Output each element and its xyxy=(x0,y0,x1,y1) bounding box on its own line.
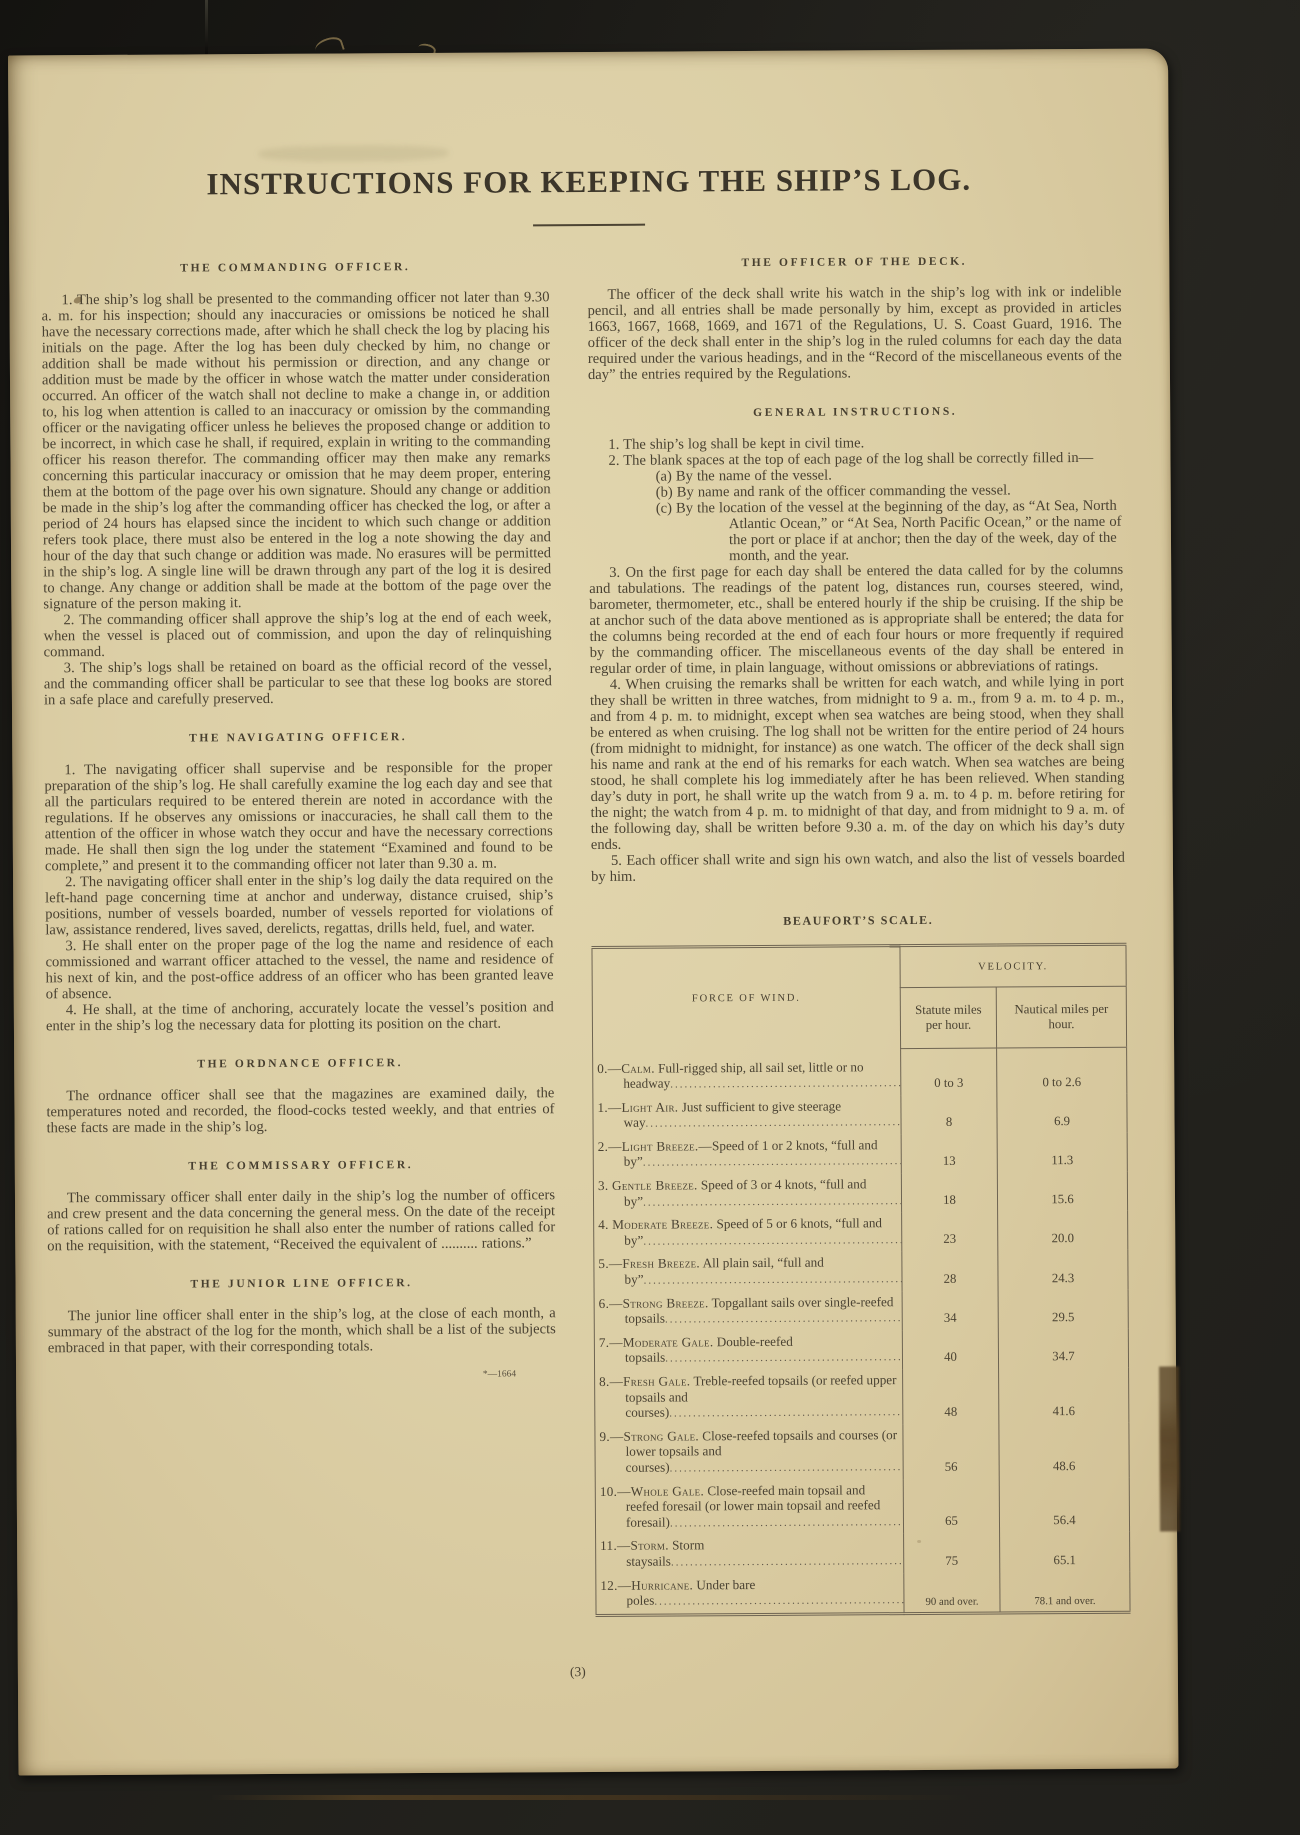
table-row: 5.—Fresh Breeze. All plain sail, “full a… xyxy=(594,1250,1128,1292)
paragraph: 3. On the first page for each day shall … xyxy=(589,562,1124,677)
force-description: 7.—Moderate Gale. Double-reefed topsails xyxy=(594,1330,902,1371)
paragraph: 2. The commanding officer shall approve … xyxy=(43,609,551,660)
force-label: 2.—Light Breeze.— xyxy=(598,1138,712,1154)
column-header-nautical-miles: Nautical miles per hour. xyxy=(996,986,1126,1048)
force-description: 2.—Light Breeze.—Speed of 1 or 2 knots, … xyxy=(593,1134,901,1175)
paragraph: 3. The ship’s logs shall be retained on … xyxy=(44,657,552,708)
force-label: 10.—Whole Gale. xyxy=(600,1483,704,1499)
paper-edge-stain xyxy=(1159,1366,1180,1531)
force-label: 8.—Fresh Gale. xyxy=(599,1373,690,1389)
nautical-value: 11.3 xyxy=(997,1133,1127,1173)
column-header-force-of-wind: FORCE OF WIND. xyxy=(592,946,901,1051)
book-edge-streak xyxy=(210,1795,970,1800)
table-row: 10.—Whole Gale. Close-reefed main topsai… xyxy=(595,1477,1129,1535)
leader-dots xyxy=(654,1589,904,1607)
section-heading-navigating-officer: THE NAVIGATING OFFICER. xyxy=(44,730,552,745)
force-description: 0.—Calm. Full-rigged ship, all sail set,… xyxy=(593,1049,901,1097)
beaufort-scale-table: FORCE OF WIND. VELOCITY. Statute miles p… xyxy=(591,943,1130,1617)
statute-value: 28 xyxy=(902,1251,998,1291)
table-row: 1.—Light Air. Just sufficient to give st… xyxy=(593,1093,1127,1135)
table-row: 2.—Light Breeze.—Speed of 1 or 2 knots, … xyxy=(593,1133,1127,1175)
force-label: 0.—Calm. xyxy=(597,1060,655,1075)
force-label: 5.—Fresh Breeze. xyxy=(598,1256,700,1272)
table-row: 12.—Hurricane. Under bare poles 90 and o… xyxy=(596,1571,1130,1615)
page-number: (3) xyxy=(513,1664,643,1681)
statute-value: 23 xyxy=(902,1212,998,1252)
table-row: 0.—Calm. Full-rigged ship, all sail set,… xyxy=(593,1047,1127,1096)
table-row: 8.—Fresh Gale. Treble-reefed topsails (o… xyxy=(595,1368,1129,1426)
table-row: 9.—Strong Gale. Close-reefed topsails an… xyxy=(595,1423,1129,1481)
force-label: 12.—Hurricane. xyxy=(600,1577,693,1593)
leader-dots xyxy=(671,1550,904,1568)
paragraph: The commissary officer shall enter daily… xyxy=(47,1187,555,1254)
nautical-value: 0 to 2.6 xyxy=(997,1047,1127,1094)
statute-value: 8 xyxy=(901,1094,997,1134)
leader-dots xyxy=(665,1346,902,1364)
leader-dots xyxy=(643,1190,902,1208)
statute-value: 56 xyxy=(903,1423,999,1478)
paragraph: The junior line officer shall enter in t… xyxy=(48,1305,556,1356)
nautical-value: 24.3 xyxy=(998,1250,1128,1290)
force-label: 11.—Storm. xyxy=(600,1538,669,1553)
force-description: 3. Gentle Breeze. Speed of 3 or 4 knots,… xyxy=(593,1173,901,1214)
leader-dots xyxy=(669,1401,903,1419)
leader-dots xyxy=(670,1456,904,1474)
statute-value: 75 xyxy=(904,1533,1000,1573)
statute-value: 48 xyxy=(903,1369,999,1424)
leader-dots xyxy=(665,1307,902,1325)
force-description: 4. Moderate Breeze. Speed of 5 or 6 knot… xyxy=(594,1212,902,1253)
lettered-item-c: (c) By the location of the vessel at the… xyxy=(589,498,1123,565)
ink-bleedthrough-smudge xyxy=(259,145,449,162)
leader-dots xyxy=(643,1151,902,1169)
section-heading-officer-of-the-deck: THE OFFICER OF THE DECK. xyxy=(587,255,1121,270)
leader-dots xyxy=(645,1111,901,1129)
nautical-value: 34.7 xyxy=(998,1329,1128,1369)
statute-value: 40 xyxy=(902,1329,998,1369)
table-row: 3. Gentle Breeze. Speed of 3 or 4 knots,… xyxy=(593,1172,1127,1214)
nautical-value: 15.6 xyxy=(997,1172,1127,1212)
force-description: 12.—Hurricane. Under bare poles xyxy=(596,1573,904,1616)
paragraph: 1. The ship’s log shall be presented to … xyxy=(41,289,551,612)
paragraph: 3. He shall enter on the proper page of … xyxy=(45,935,553,1002)
log-book-page: INSTRUCTIONS FOR KEEPING THE SHIP’S LOG.… xyxy=(8,48,1178,1775)
page-title: INSTRUCTIONS FOR KEEPING THE SHIP’S LOG. xyxy=(39,161,1139,204)
paragraph: 4. When cruising the remarks shall be wr… xyxy=(590,674,1125,853)
force-label: 1.—Light Air. xyxy=(597,1099,678,1114)
column-header-statute-miles: Statute miles per hour. xyxy=(900,987,996,1049)
statute-value: 13 xyxy=(901,1133,997,1173)
nautical-value: 29.5 xyxy=(998,1289,1128,1329)
table-row: 11.—Storm. Storm staysails 75 65.1 xyxy=(596,1532,1130,1574)
table-header-row: FORCE OF WIND. VELOCITY. xyxy=(592,944,1126,989)
scanned-book-photo: { "page_title": "INSTRUCTIONS FOR KEEPIN… xyxy=(0,0,1300,1835)
nautical-value: 78.1 and over. xyxy=(1000,1571,1130,1612)
printer-signature-mark: *—1664 xyxy=(48,1369,556,1382)
section-heading-junior-line-officer: THE JUNIOR LINE OFFICER. xyxy=(47,1276,555,1291)
force-description: 11.—Storm. Storm staysails xyxy=(596,1533,904,1574)
force-description: 9.—Strong Gale. Close-reefed topsails an… xyxy=(595,1424,903,1481)
statute-value: 0 to 3 xyxy=(901,1048,997,1095)
force-description: 6.—Strong Breeze. Topgallant sails over … xyxy=(594,1291,902,1332)
paragraph: The ordnance officer shall see that the … xyxy=(46,1085,554,1136)
section-heading-general-instructions: GENERAL INSTRUCTIONS. xyxy=(588,405,1122,420)
statute-value: 18 xyxy=(901,1173,997,1213)
force-description: 10.—Whole Gale. Close-reefed main topsai… xyxy=(595,1479,903,1536)
force-label: 9.—Strong Gale. xyxy=(599,1428,699,1444)
leader-dots xyxy=(670,1511,904,1529)
leader-dots xyxy=(643,1268,902,1286)
paragraph: The officer of the deck shall write his … xyxy=(587,284,1122,383)
nautical-value: 41.6 xyxy=(999,1368,1129,1424)
force-description: 8.—Fresh Gale. Treble-reefed topsails (o… xyxy=(595,1369,903,1426)
beaufort-scale-heading: BEAUFORT’S SCALE. xyxy=(591,912,1125,930)
force-label: 3. Gentle Breeze. xyxy=(598,1177,698,1193)
leader-dots xyxy=(670,1072,901,1090)
nautical-value: 20.0 xyxy=(998,1211,1128,1251)
force-description: 5.—Fresh Breeze. All plain sail, “full a… xyxy=(594,1252,902,1293)
nautical-value: 65.1 xyxy=(1000,1532,1130,1572)
section-heading-commanding-officer: THE COMMANDING OFFICER. xyxy=(41,260,549,275)
section-heading-ordnance-officer: THE ORDNANCE OFFICER. xyxy=(46,1056,554,1071)
statute-value: 65 xyxy=(903,1478,999,1533)
force-label: 6.—Strong Breeze. xyxy=(599,1295,709,1311)
table-row: 6.—Strong Breeze. Topgallant sails over … xyxy=(594,1289,1128,1331)
nautical-value: 48.6 xyxy=(999,1423,1129,1479)
right-column: THE OFFICER OF THE DECK. The officer of … xyxy=(587,251,1129,1617)
force-label: 4. Moderate Breeze. xyxy=(598,1217,713,1233)
table-row: 7.—Moderate Gale. Double-reefed topsails… xyxy=(594,1329,1128,1371)
section-heading-commissary-officer: THE COMMISSARY OFFICER. xyxy=(47,1158,555,1173)
book-binding-seam xyxy=(205,0,208,54)
title-rule xyxy=(533,224,645,227)
statute-value: 90 and over. xyxy=(904,1572,1000,1613)
paragraph: 1. The navigating officer shall supervis… xyxy=(44,759,553,874)
leader-dots xyxy=(643,1229,902,1247)
force-label: 7.—Moderate Gale. xyxy=(599,1334,714,1350)
paragraph: 2. The blank spaces at the top of each p… xyxy=(588,450,1122,469)
column-header-velocity: VELOCITY. xyxy=(900,944,1126,987)
left-column: THE COMMANDING OFFICER. 1. The ship’s lo… xyxy=(41,256,556,1382)
paragraph: 4. He shall, at the time of anchoring, a… xyxy=(46,999,554,1034)
table-row: 4. Moderate Breeze. Speed of 5 or 6 knot… xyxy=(594,1211,1128,1253)
paragraph: 2. The navigating officer shall enter in… xyxy=(45,871,553,938)
nautical-value: 6.9 xyxy=(997,1093,1127,1133)
nautical-value: 56.4 xyxy=(999,1477,1129,1533)
statute-value: 34 xyxy=(902,1290,998,1330)
paragraph: 5. Each officer shall write and sign his… xyxy=(591,850,1125,885)
force-description: 1.—Light Air. Just sufficient to give st… xyxy=(593,1095,901,1136)
